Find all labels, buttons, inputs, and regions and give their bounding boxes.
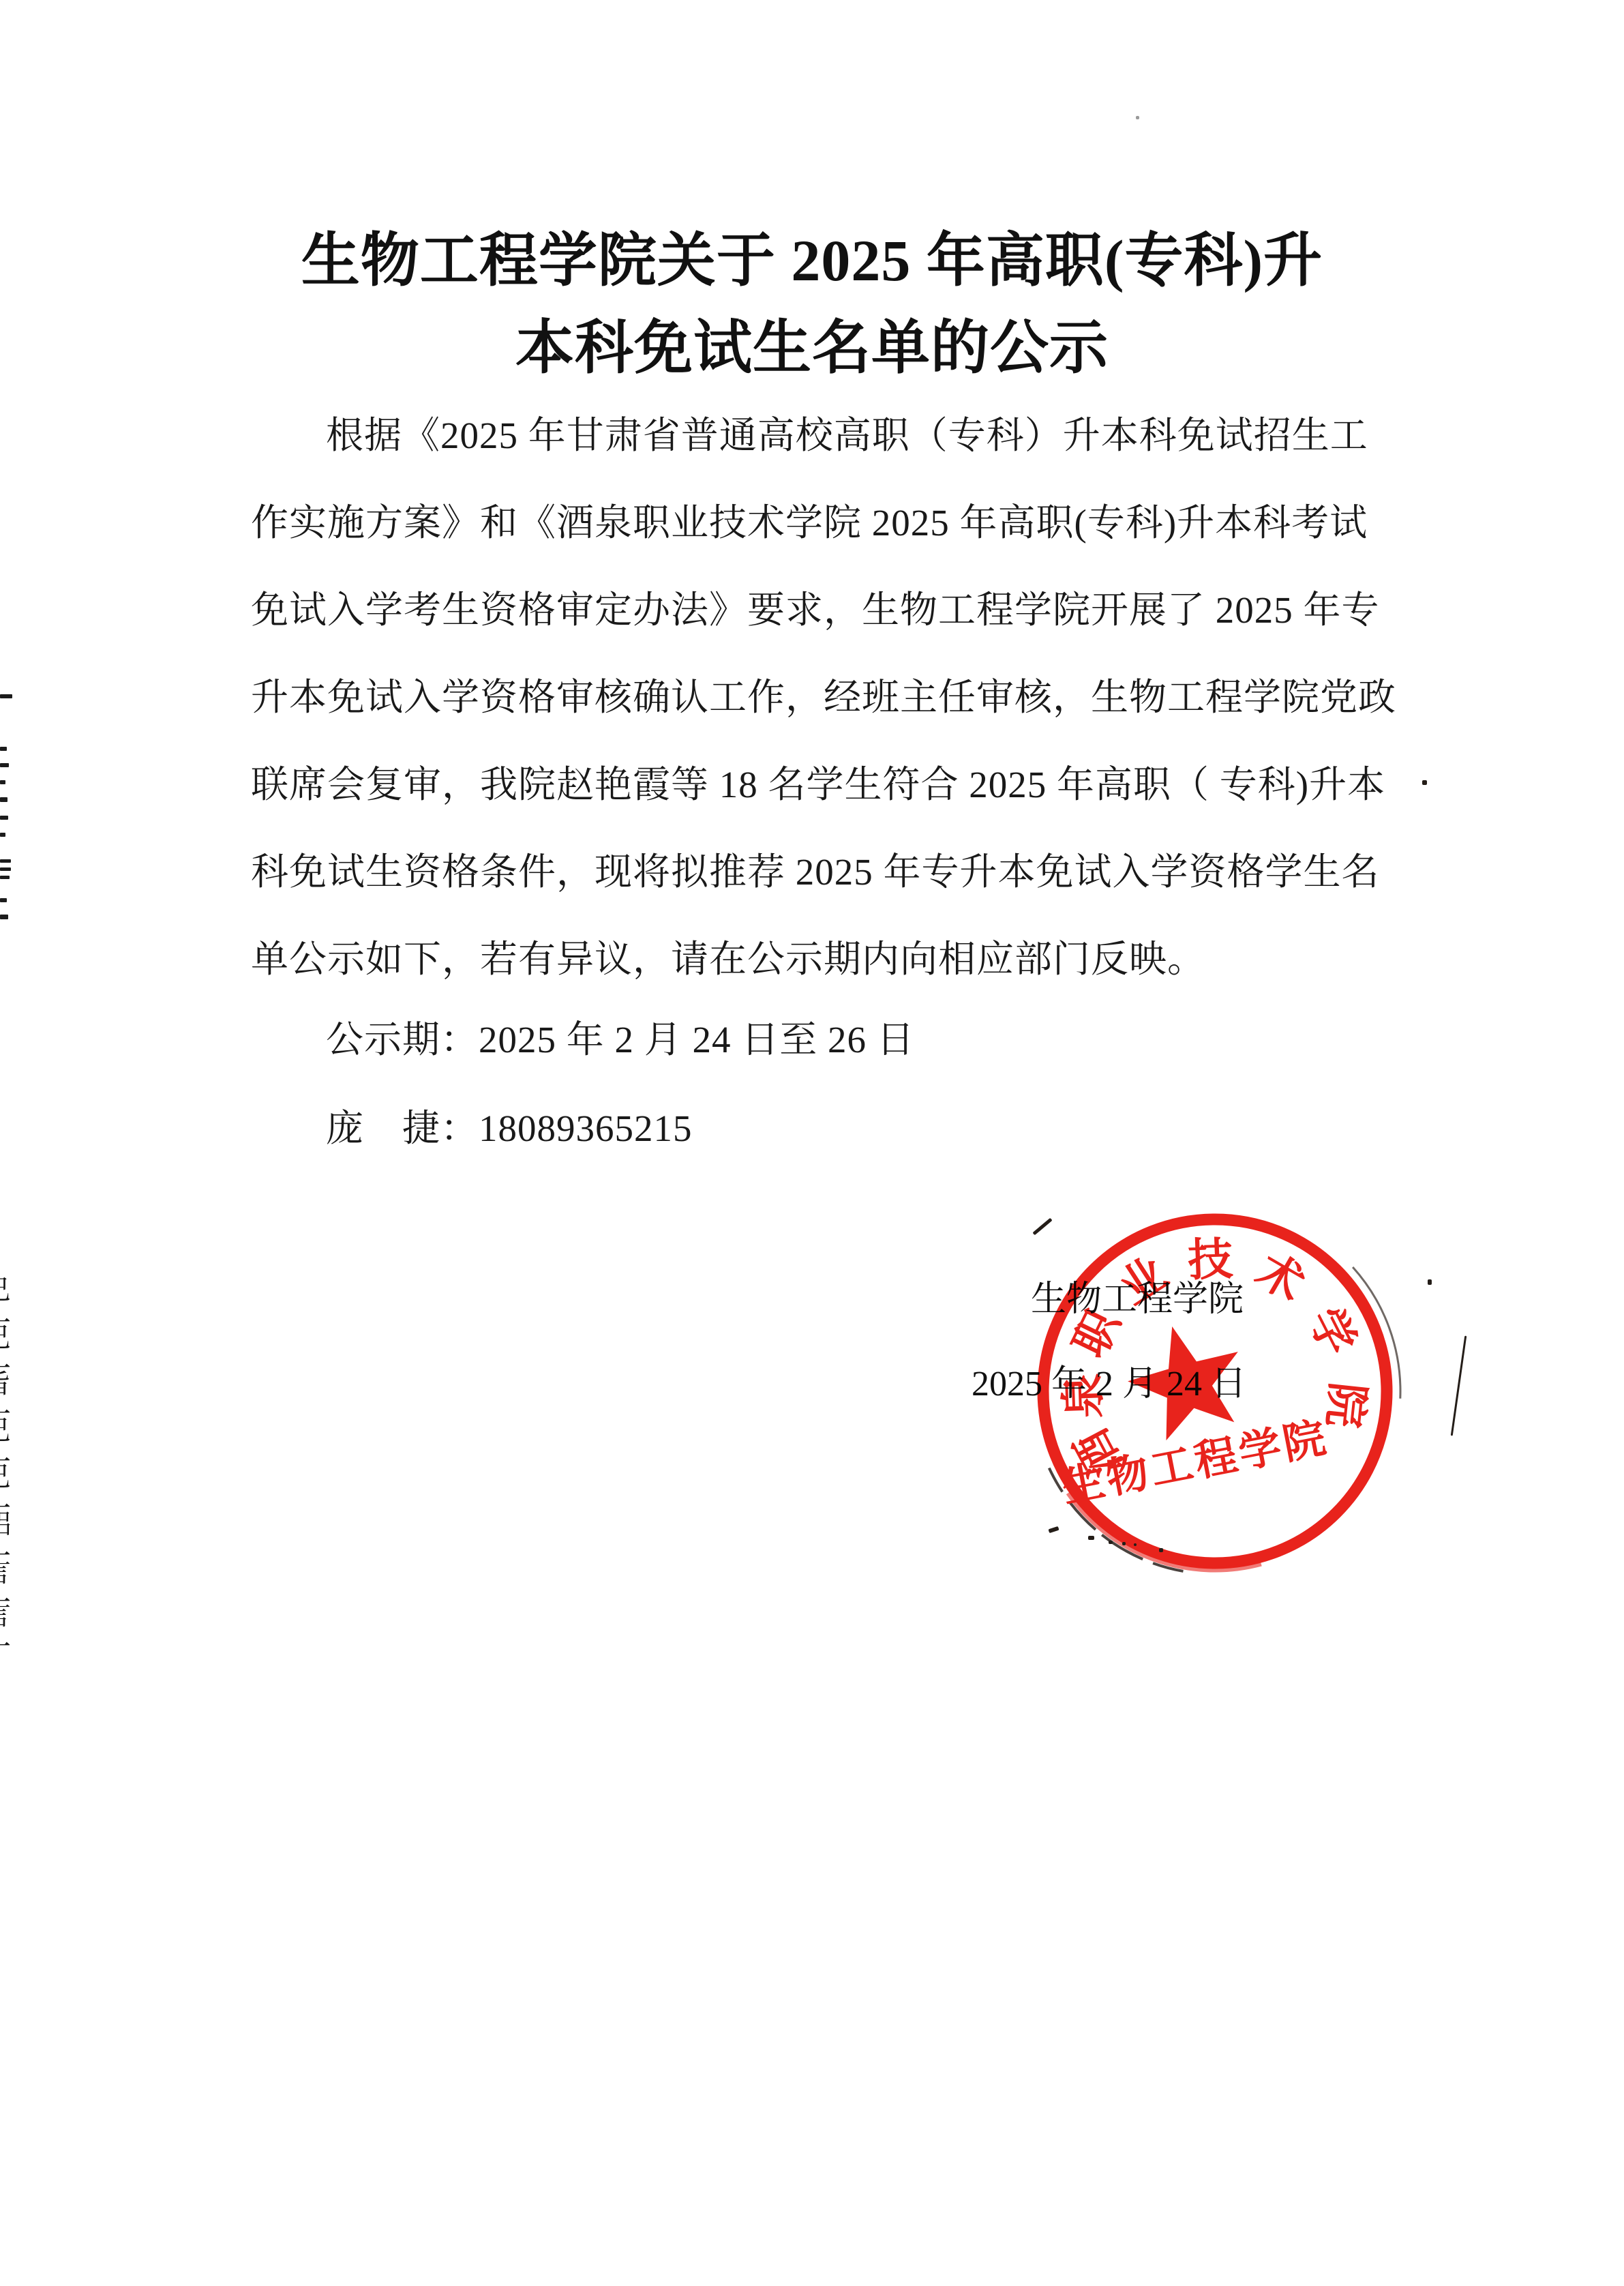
scanned-document-page: 生物工程学院关于 2025 年高职(专科)升 本科免试生名单的公示 根据《202… [0, 0, 1624, 2286]
scan-artifact-dash [0, 876, 10, 879]
scan-speck [1136, 116, 1139, 119]
scan-speck [1159, 1548, 1163, 1552]
scan-speck [1428, 1279, 1432, 1285]
document-title-line-2: 本科免试生名单的公示 [251, 300, 1373, 385]
scan-artifact-dash [0, 915, 8, 919]
body-line-5: 联席会复审，我院赵艳霞等 18 名学生符合 2025 年高职（ 专科)升本 [251, 754, 1385, 808]
seal-arc-char: 泉 [1058, 1372, 1109, 1419]
seal-arc-char: 职 [1065, 1301, 1130, 1365]
body-line-2: 作实施方案》和《酒泉职业技术学院 2025 年高职(专科)升本科考试 [251, 492, 1368, 546]
scan-artifact-dash [0, 859, 11, 863]
document-title-line-1: 生物工程学院关于 2025 年高职(专科)升 [251, 213, 1373, 297]
scan-speck [1122, 1542, 1126, 1545]
body-line-7: 单公示如下，若有异议，请在公示期内向相应部门反映。 [251, 929, 1205, 983]
contact-line: 庞 捷：18089365215 [326, 1098, 693, 1152]
scan-artifact-dash [0, 816, 8, 820]
scan-artifact-dash [0, 694, 12, 698]
body-line-4: 升本免试入学资格审核确认工作，经班主任审核，生物工程学院党政 [251, 667, 1396, 721]
scan-artifact-dash [0, 763, 9, 767]
scan-speck [1134, 1543, 1137, 1546]
scan-speck [1088, 1536, 1094, 1540]
body-line-1: 根据《2025 年甘肃省普通高校高职（专科）升本科免试招生工 [326, 405, 1368, 459]
scan-artifact-dash [0, 867, 11, 871]
scan-speck [1109, 1541, 1113, 1544]
scan-artifact-dash [0, 747, 7, 751]
scan-artifact-dash [0, 780, 5, 784]
seal-star-icon [1117, 1311, 1255, 1446]
body-line-6: 科免试生资格条件，现将拟推荐 2025 年专升本免试入学资格学生名 [251, 842, 1380, 895]
notice-period-line: 公示期：2025 年 2 月 24 日至 26 日 [326, 1009, 915, 1063]
scan-speck [1422, 780, 1427, 785]
seal-arc-char: 技 [1187, 1234, 1234, 1286]
scan-artifact-fragment: 一 [0, 1625, 11, 1664]
scan-artifact-dash [0, 898, 7, 902]
scan-artifact-dash [0, 833, 5, 837]
official-seal-stamp: 酒泉职业技术学院 生物工程学院 [976, 1159, 1454, 1637]
scan-artifact-dash [0, 797, 7, 802]
seal-arc-char: 院 [1318, 1380, 1372, 1429]
seal-arc-char: 学 [1299, 1301, 1364, 1363]
seal-arc-char: 术 [1248, 1245, 1312, 1311]
body-line-3: 免试入学考生资格审定办法》要求，生物工程学院开展了 2025 年专 [251, 580, 1380, 634]
seal-arc-char: 业 [1111, 1248, 1176, 1314]
